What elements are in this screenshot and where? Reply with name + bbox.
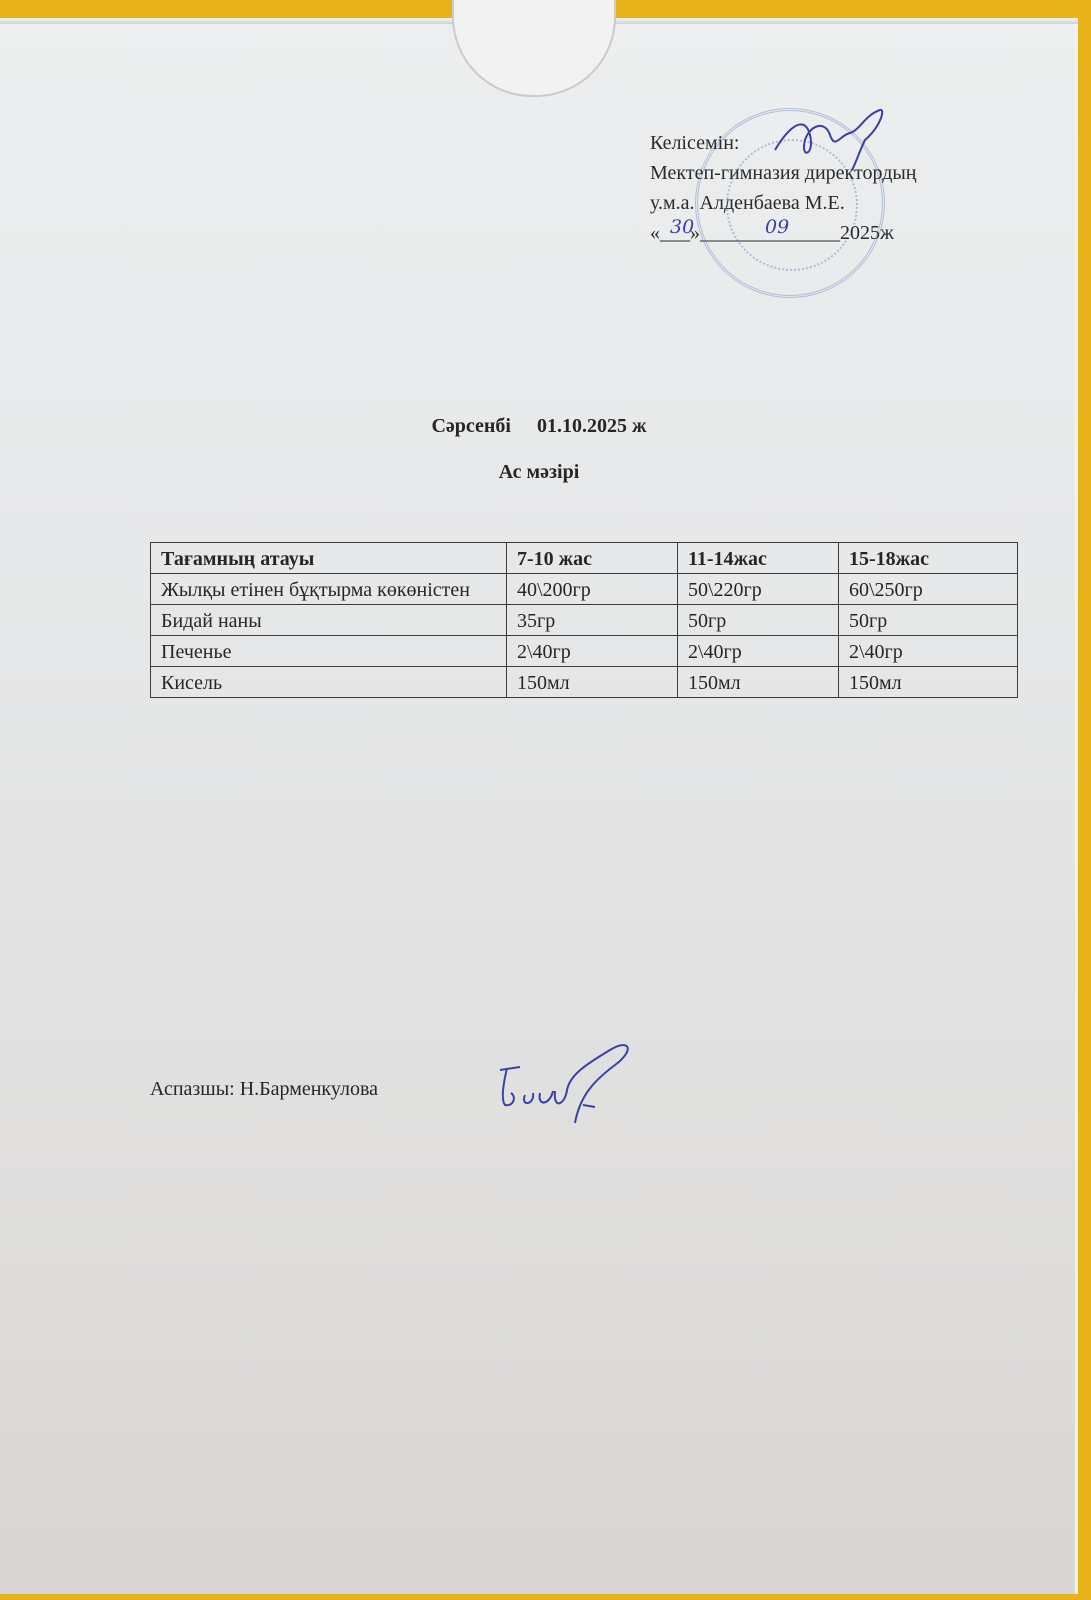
handwritten-month: 09	[765, 212, 789, 242]
approval-agreed: Келісемін:	[650, 128, 917, 158]
menu-table: Тағамның атауы 7-10 жас 11-14жас 15-18жа…	[150, 542, 1018, 698]
portion-cell: 50гр	[839, 605, 1018, 636]
document-sheet	[0, 22, 1078, 1594]
cook-signature	[495, 1035, 645, 1125]
portion-cell: 2\40гр	[678, 636, 839, 667]
column-header-age-15-18: 15-18жас	[839, 543, 1018, 574]
column-header-age-7-10: 7-10 жас	[507, 543, 678, 574]
dish-name: Кисель	[151, 667, 507, 698]
column-header-dish: Тағамның атауы	[151, 543, 507, 574]
handwritten-day: 30	[670, 212, 694, 242]
column-header-age-11-14: 11-14жас	[678, 543, 839, 574]
portion-cell: 60\250гр	[839, 574, 1018, 605]
portion-cell: 150мл	[839, 667, 1018, 698]
portion-cell: 50гр	[678, 605, 839, 636]
weekday: Сәрсенбі	[431, 415, 511, 437]
portion-cell: 2\40гр	[839, 636, 1018, 667]
dish-name: Бидай наны	[151, 605, 507, 636]
portion-cell: 150мл	[507, 667, 678, 698]
approval-block: Келісемін: Мектеп-гимназия директордың у…	[650, 128, 917, 248]
portion-cell: 150мл	[678, 667, 839, 698]
table-row: Печенье 2\40гр 2\40гр 2\40гр	[151, 636, 1018, 667]
portion-cell: 50\220гр	[678, 574, 839, 605]
menu-date: 01.10.2025 ж	[537, 415, 647, 437]
approval-year: 2025ж	[840, 222, 894, 244]
table-header-row: Тағамның атауы 7-10 жас 11-14жас 15-18жа…	[151, 543, 1018, 574]
dish-name: Жылқы етінен бұқтырма көкөністен	[151, 574, 507, 605]
portion-cell: 40\200гр	[507, 574, 678, 605]
portion-cell: 2\40гр	[507, 636, 678, 667]
portion-cell: 35гр	[507, 605, 678, 636]
dish-name: Печенье	[151, 636, 507, 667]
menu-title: Ас мәзірі	[0, 461, 1078, 484]
cook-signature-line: Аспазшы: Н.Барменкулова	[150, 1078, 378, 1101]
menu-date-heading: Сәрсенбі01.10.2025 ж	[0, 415, 1078, 438]
table-row: Бидай наны 35гр 50гр 50гр	[151, 605, 1018, 636]
table-row: Кисель 150мл 150мл 150мл	[151, 667, 1018, 698]
table-row: Жылқы етінен бұқтырма көкөністен 40\200г…	[151, 574, 1018, 605]
approval-position: Мектеп-гимназия директордың	[650, 158, 917, 188]
approval-date: «___»______________2025ж 30 09	[650, 218, 917, 248]
